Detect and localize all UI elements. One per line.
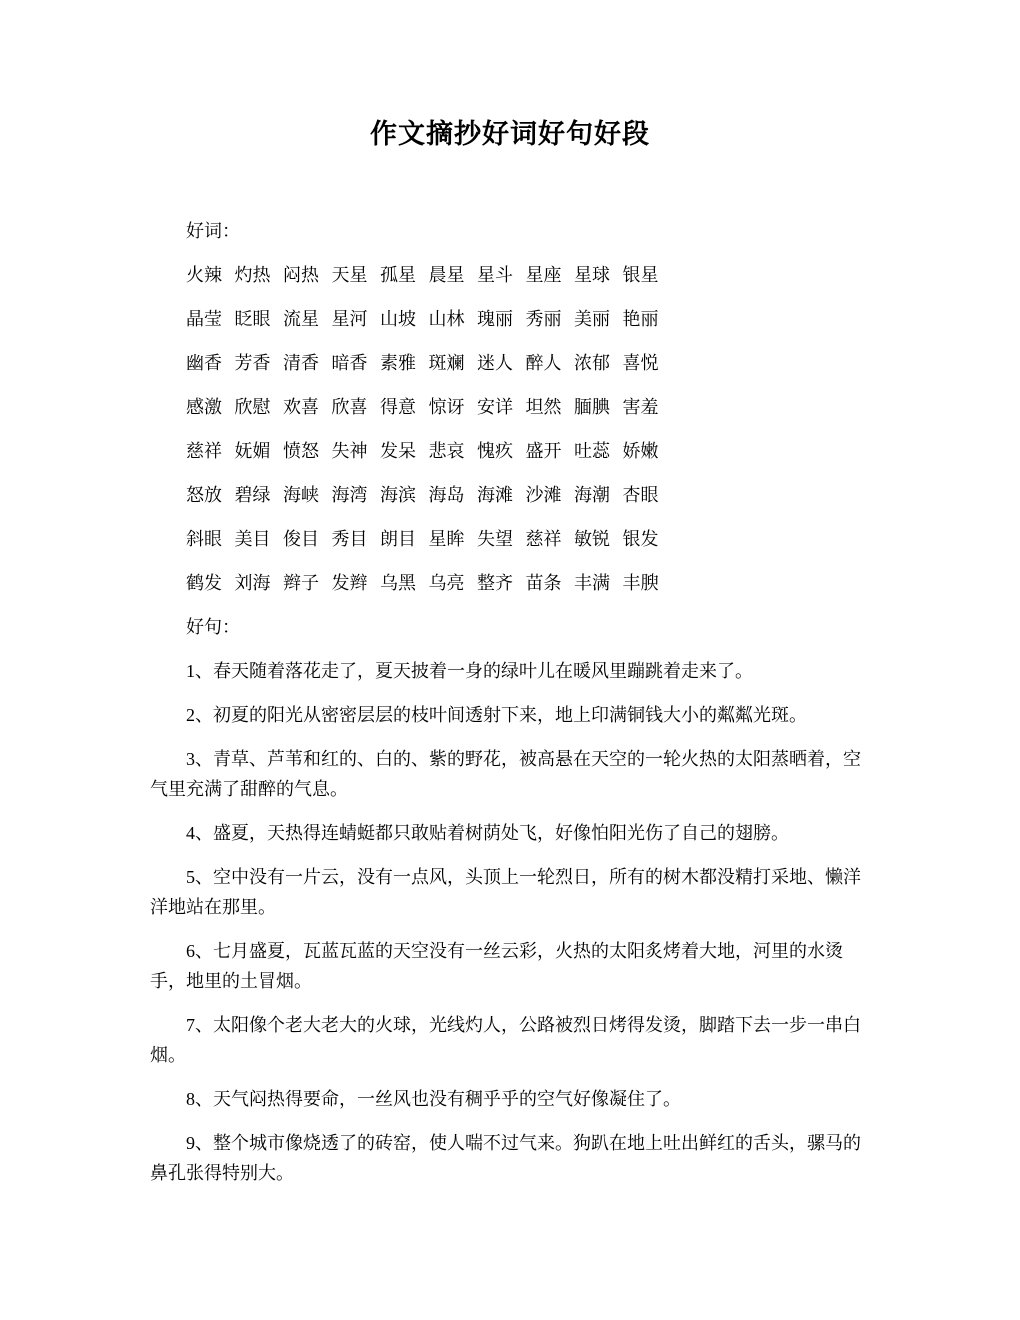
good-words-label: 好词：	[150, 216, 870, 246]
sentence-3: 3、青草、芦苇和红的、白的、紫的野花，被高悬在天空的一轮火热的太阳蒸晒着，空气里…	[150, 744, 870, 804]
word-row-7: 斜眼 美目 俊目 秀目 朗目 星眸 失望 慈祥 敏锐 银发	[150, 524, 870, 554]
sentence-5: 5、空中没有一片云，没有一点风，头顶上一轮烈日，所有的树木都没精打采地、懒洋洋地…	[150, 862, 870, 922]
word-row-3: 幽香 芳香 清香 暗香 素雅 斑斓 迷人 醉人 浓郁 喜悦	[150, 348, 870, 378]
document-body: 好词： 火辣 灼热 闷热 天星 孤星 晨星 星斗 星座 星球 银星 晶莹 眨眼 …	[0, 152, 1020, 1188]
sentence-7: 7、太阳像个老大老大的火球，光线灼人，公路被烈日烤得发烫，脚踏下去一步一串白烟。	[150, 1010, 870, 1070]
sentence-8: 8、天气闷热得要命，一丝风也没有稠乎乎的空气好像凝住了。	[150, 1084, 870, 1114]
sentence-1: 1、春天随着落花走了，夏天披着一身的绿叶儿在暖风里蹦跳着走来了。	[150, 656, 870, 686]
sentence-4: 4、盛夏，天热得连蜻蜓都只敢贴着树荫处飞，好像怕阳光伤了自己的翅膀。	[150, 818, 870, 848]
sentence-2: 2、初夏的阳光从密密层层的枝叶间透射下来，地上印满铜钱大小的粼粼光斑。	[150, 700, 870, 730]
page-title: 作文摘抄好词好句好段	[0, 0, 1020, 152]
word-row-5: 慈祥 妩媚 愤怒 失神 发呆 悲哀 愧疚 盛开 吐蕊 娇嫩	[150, 436, 870, 466]
word-row-2: 晶莹 眨眼 流星 星河 山坡 山林 瑰丽 秀丽 美丽 艳丽	[150, 304, 870, 334]
word-row-1: 火辣 灼热 闷热 天星 孤星 晨星 星斗 星座 星球 银星	[150, 260, 870, 290]
sentence-9: 9、整个城市像烧透了的砖窑，使人喘不过气来。狗趴在地上吐出鲜红的舌头，骡马的鼻孔…	[150, 1128, 870, 1188]
sentence-6: 6、七月盛夏，瓦蓝瓦蓝的天空没有一丝云彩，火热的太阳炙烤着大地，河里的水烫手，地…	[150, 936, 870, 996]
document-page: 作文摘抄好词好句好段 好词： 火辣 灼热 闷热 天星 孤星 晨星 星斗 星座 星…	[0, 0, 1020, 1320]
word-row-8: 鹤发 刘海 辫子 发辫 乌黑 乌亮 整齐 苗条 丰满 丰腴	[150, 568, 870, 598]
word-row-4: 感激 欣慰 欢喜 欣喜 得意 惊讶 安详 坦然 腼腆 害羞	[150, 392, 870, 422]
good-sentences-label: 好句：	[150, 612, 870, 642]
word-row-6: 怒放 碧绿 海峡 海湾 海滨 海岛 海滩 沙滩 海潮 杏眼	[150, 480, 870, 510]
